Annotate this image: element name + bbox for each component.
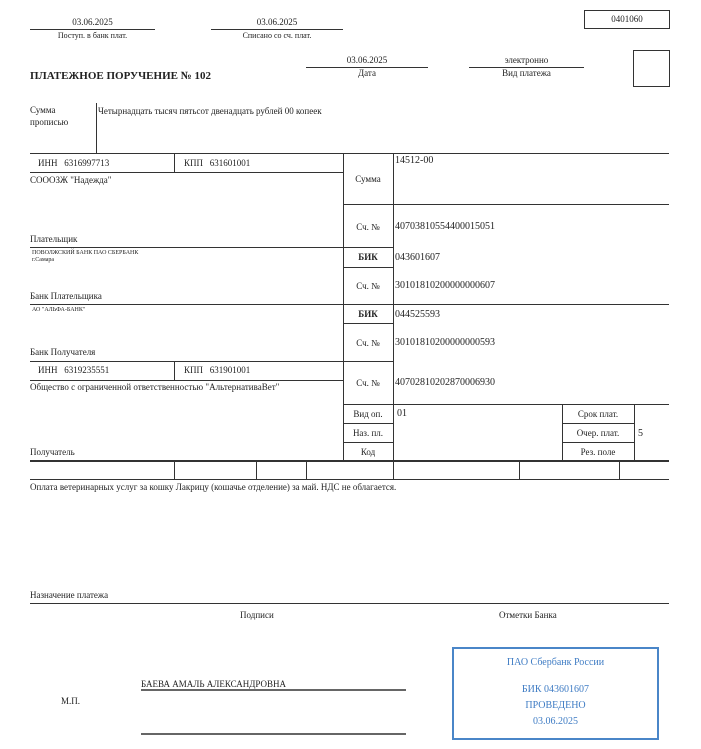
op-type-label: Вид оп. [343,409,393,419]
signature-line [141,689,406,691]
seal-label: М.П. [61,696,80,706]
signature-line [141,733,406,735]
payer-bank-role-label: Банк Плательщика [30,291,102,301]
divider [306,461,307,479]
priority-label: Очер. плат. [562,428,634,438]
payer-role-label: Плательщик [30,234,77,244]
code-label: Код [343,447,393,457]
payee-bank-name: АО "АЛЬФА-БАНК" [32,307,85,313]
received-label: Поступ. в банк плат. [30,31,155,40]
amount-words-label: Сумма прописью [30,104,90,128]
divider [30,172,343,173]
divider [211,29,343,30]
stamp-bank: ПАО Сбербанк России [454,657,657,668]
divider [343,267,393,268]
payer-bank-account-label: Сч. № [343,281,393,291]
divider [256,461,257,479]
divider [519,461,520,479]
divider [30,29,155,30]
purpose-code-label: Наз. пл. [343,428,393,438]
reserve-label: Рез. поле [562,447,634,457]
amount-label: Сумма [343,174,393,184]
payee-kpp: 631901001 [210,365,251,375]
divider [343,423,393,424]
received-date: 03.06.2025 [30,17,155,27]
divider [30,460,669,462]
payee-bank-bik: 044525593 [395,309,440,320]
term-label: Срок плат. [562,409,634,419]
document-date-label: Дата [306,68,428,78]
divider [30,247,393,248]
payer-bank-bik-label: БИК [343,252,393,262]
payee-inn-label: ИНН 6319235551 [38,365,109,375]
divider [393,461,394,479]
amount-words-value: Четырнадцать тысяч пятьсот двенадцать ру… [98,106,322,116]
payer-kpp-label: КПП 631601001 [184,158,250,168]
bank-marks-label: Отметки Банка [499,610,557,620]
payee-account-label: Сч. № [343,378,393,388]
stamp-date: 03.06.2025 [454,716,657,727]
payer-inn-label: ИНН 6316997713 [38,158,109,168]
signatures-label: Подписи [240,610,274,620]
payer-account-label: Сч. № [343,222,393,232]
document-date: 03.06.2025 [306,55,428,65]
divider [634,404,635,461]
debited-label: Списано со сч. плат. [211,31,343,40]
payee-kpp-label: КПП 631901001 [184,365,250,375]
bank-stamp: ПАО Сбербанк России БИК 043601607 ПРОВЕД… [452,647,659,740]
purpose-text: Оплата ветеринарных услуг за кошку Лакри… [30,482,396,492]
payee-account: 40702810202870006930 [395,377,495,388]
divider [30,603,669,604]
payer-bank-name: ПОВОЛЖСКИЙ БАНК ПАО СБЕРБАНКг.Самара [32,250,138,264]
priority-value: 5 [638,428,643,439]
divider [343,442,393,443]
divider [562,442,634,443]
payer-kpp: 631601001 [210,158,251,168]
amount-value: 14512-00 [395,155,433,166]
purpose-label: Назначение платежа [30,590,108,600]
divider [343,204,669,205]
divider [393,153,394,461]
payer-bank-account: 30101810200000000607 [395,280,495,291]
page-title: ПЛАТЕЖНОЕ ПОРУЧЕНИЕ № 102 [30,70,211,82]
divider [562,423,634,424]
divider [343,404,669,405]
op-type: 01 [397,408,407,419]
divider [30,153,669,154]
payee-bank-bik-label: БИК [343,309,393,319]
payer-inn: 6316997713 [64,158,109,168]
payment-type-label: Вид платежа [469,68,584,78]
divider [174,153,175,172]
divider [30,304,669,305]
debited-date: 03.06.2025 [211,17,343,27]
divider [619,461,620,479]
payer-name: СОООЗЖ "Надежда" [30,175,111,185]
payee-name: Общество с ограниченной ответственностью… [30,382,279,392]
payer-bank-bik: 043601607 [395,252,440,263]
payer-account: 40703810554400015051 [395,221,495,232]
signer-name: БАЕВА АМАЛЬ АЛЕКСАНДРОВНА [141,679,286,689]
payee-inn: 6319235551 [64,365,109,375]
stamp-bik: БИК 043601607 [454,684,657,695]
divider [96,103,97,153]
divider [174,361,175,380]
divider [343,323,393,324]
payment-type: электронно [469,55,584,65]
divider [174,461,175,479]
payee-bank-account: 30101810200000000593 [395,337,495,348]
form-code: 0401060 [584,10,670,29]
payee-bank-account-label: Сч. № [343,338,393,348]
payee-role-label: Получатель [30,447,75,457]
divider [30,361,393,362]
divider [30,380,343,381]
payee-bank-role-label: Банк Получателя [30,347,95,357]
divider [30,479,669,480]
stamp-status: ПРОВЕДЕНО [454,700,657,711]
status-box [633,50,670,87]
